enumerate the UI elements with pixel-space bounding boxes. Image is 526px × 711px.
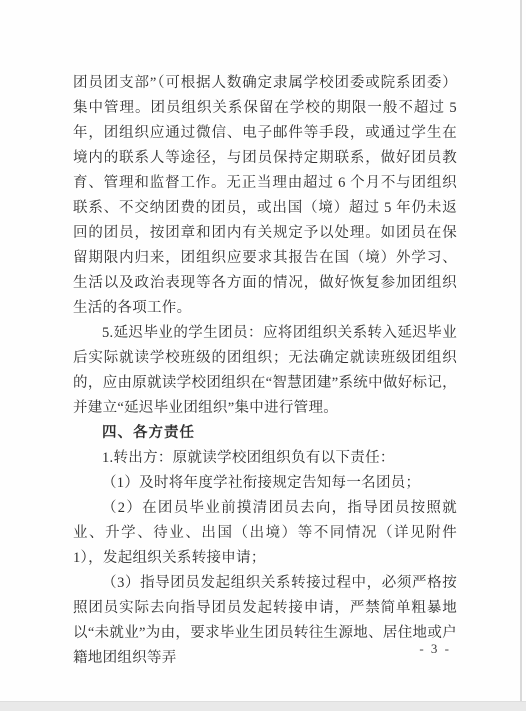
body-paragraph-item-5: 5.延迟毕业的学生团员：应将团组织关系转入延迟毕业后实际就读学校班级的团组织；无… bbox=[73, 321, 457, 421]
body-paragraph-continuation: 团员团支部”（可根据人数确定隶属学校团委或院系团委）集中管理。团员组织关系保留在… bbox=[73, 71, 457, 321]
scan-bottom-strip bbox=[0, 701, 526, 711]
page-number: - 3 - bbox=[0, 641, 451, 657]
body-paragraph-subitem-2: （2）在团员毕业前摸清团员去向，指导团员按照就业、升学、待业、出国（出境）等不同… bbox=[73, 496, 457, 571]
body-paragraph-subitem-1: （1）及时将年度学社衔接规定告知每一名团员； bbox=[73, 471, 457, 496]
body-paragraph-transfer-out: 1.转出方：原就读学校团组织负有以下责任： bbox=[73, 446, 457, 471]
section-heading-responsibilities: 四、各方责任 bbox=[73, 421, 457, 446]
document-body: 团员团支部”（可根据人数确定隶属学校团委或院系团委）集中管理。团员组织关系保留在… bbox=[73, 71, 457, 671]
scanned-document-page: 团员团支部”（可根据人数确定隶属学校团委或院系团委）集中管理。团员组织关系保留在… bbox=[0, 0, 526, 711]
scan-edge-line bbox=[520, 0, 522, 702]
